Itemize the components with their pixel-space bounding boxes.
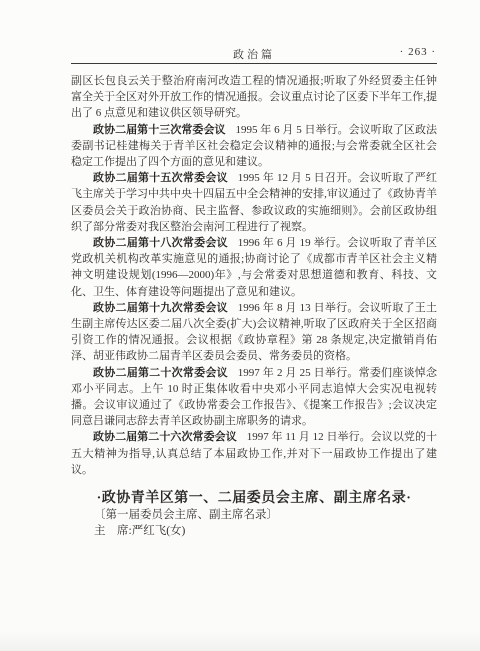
- meeting-paragraph: 政协二届第二十次常委会议1997 年 2 月 25 日举行。常委们座谈悼念邓小平…: [71, 365, 437, 430]
- book-page: 政治篇 · 263 · 副区长包良云关于整治府南河改造工程的情况通报;听取了外经…: [0, 0, 480, 651]
- meeting-paragraph: 政协二届第十九次常委会议1996 年 8 月 13 日举行。会议听取了王土生副主…: [71, 300, 437, 365]
- meeting-paragraph: 政协二届第二十六次常委会议1997 年 11 月 12 日举行。会议以党的十五大…: [71, 429, 437, 478]
- running-head-section-title: 政治篇: [71, 46, 437, 62]
- continuation-paragraph: 副区长包良云关于整治府南河改造工程的情况通报;听取了外经贸委主任钟富全关于全区对…: [71, 73, 437, 122]
- meeting-title: 政协二届第十九次常委会议: [93, 302, 228, 314]
- meeting-title: 政协二届第二十次常委会议: [93, 367, 228, 379]
- roster-section-heading: ·政协青羊区第一、二届委员会主席、副主席名录·: [71, 491, 437, 507]
- meeting-title: 政协二届第二十六次常委会议: [93, 431, 237, 443]
- meeting-paragraph: 政协二届第十八次常委会议1996 年 6 月 19 举行。会议听取了青羊区党政机…: [71, 235, 437, 300]
- meeting-title: 政协二届第十八次常委会议: [93, 237, 228, 249]
- meeting-title: 政协二届第十五次常委会议: [93, 172, 228, 184]
- roster-group-label: 〔第一届委员会主席、副主席名录〕: [71, 507, 437, 523]
- roster-chairman-entry: 主 席:严红飞(女): [71, 523, 437, 539]
- page-number: · 263 ·: [400, 46, 436, 58]
- page-content: 政治篇 · 263 · 副区长包良云关于整治府南河改造工程的情况通报;听取了外经…: [71, 46, 437, 540]
- running-head: 政治篇 · 263 ·: [71, 46, 437, 64]
- page-body: 副区长包良云关于整治府南河改造工程的情况通报;听取了外经贸委主任钟富全关于全区对…: [71, 73, 437, 540]
- meeting-title: 政协二届第十三次常委会议: [93, 124, 226, 136]
- meeting-paragraph: 政协二届第十三次常委会议1995 年 6 月 5 日举行。会议听取了区政法委副书…: [71, 122, 437, 171]
- meeting-paragraph: 政协二届第十五次常委会议1995 年 12 月 5 日召开。会议听取了严红飞主席…: [71, 170, 437, 235]
